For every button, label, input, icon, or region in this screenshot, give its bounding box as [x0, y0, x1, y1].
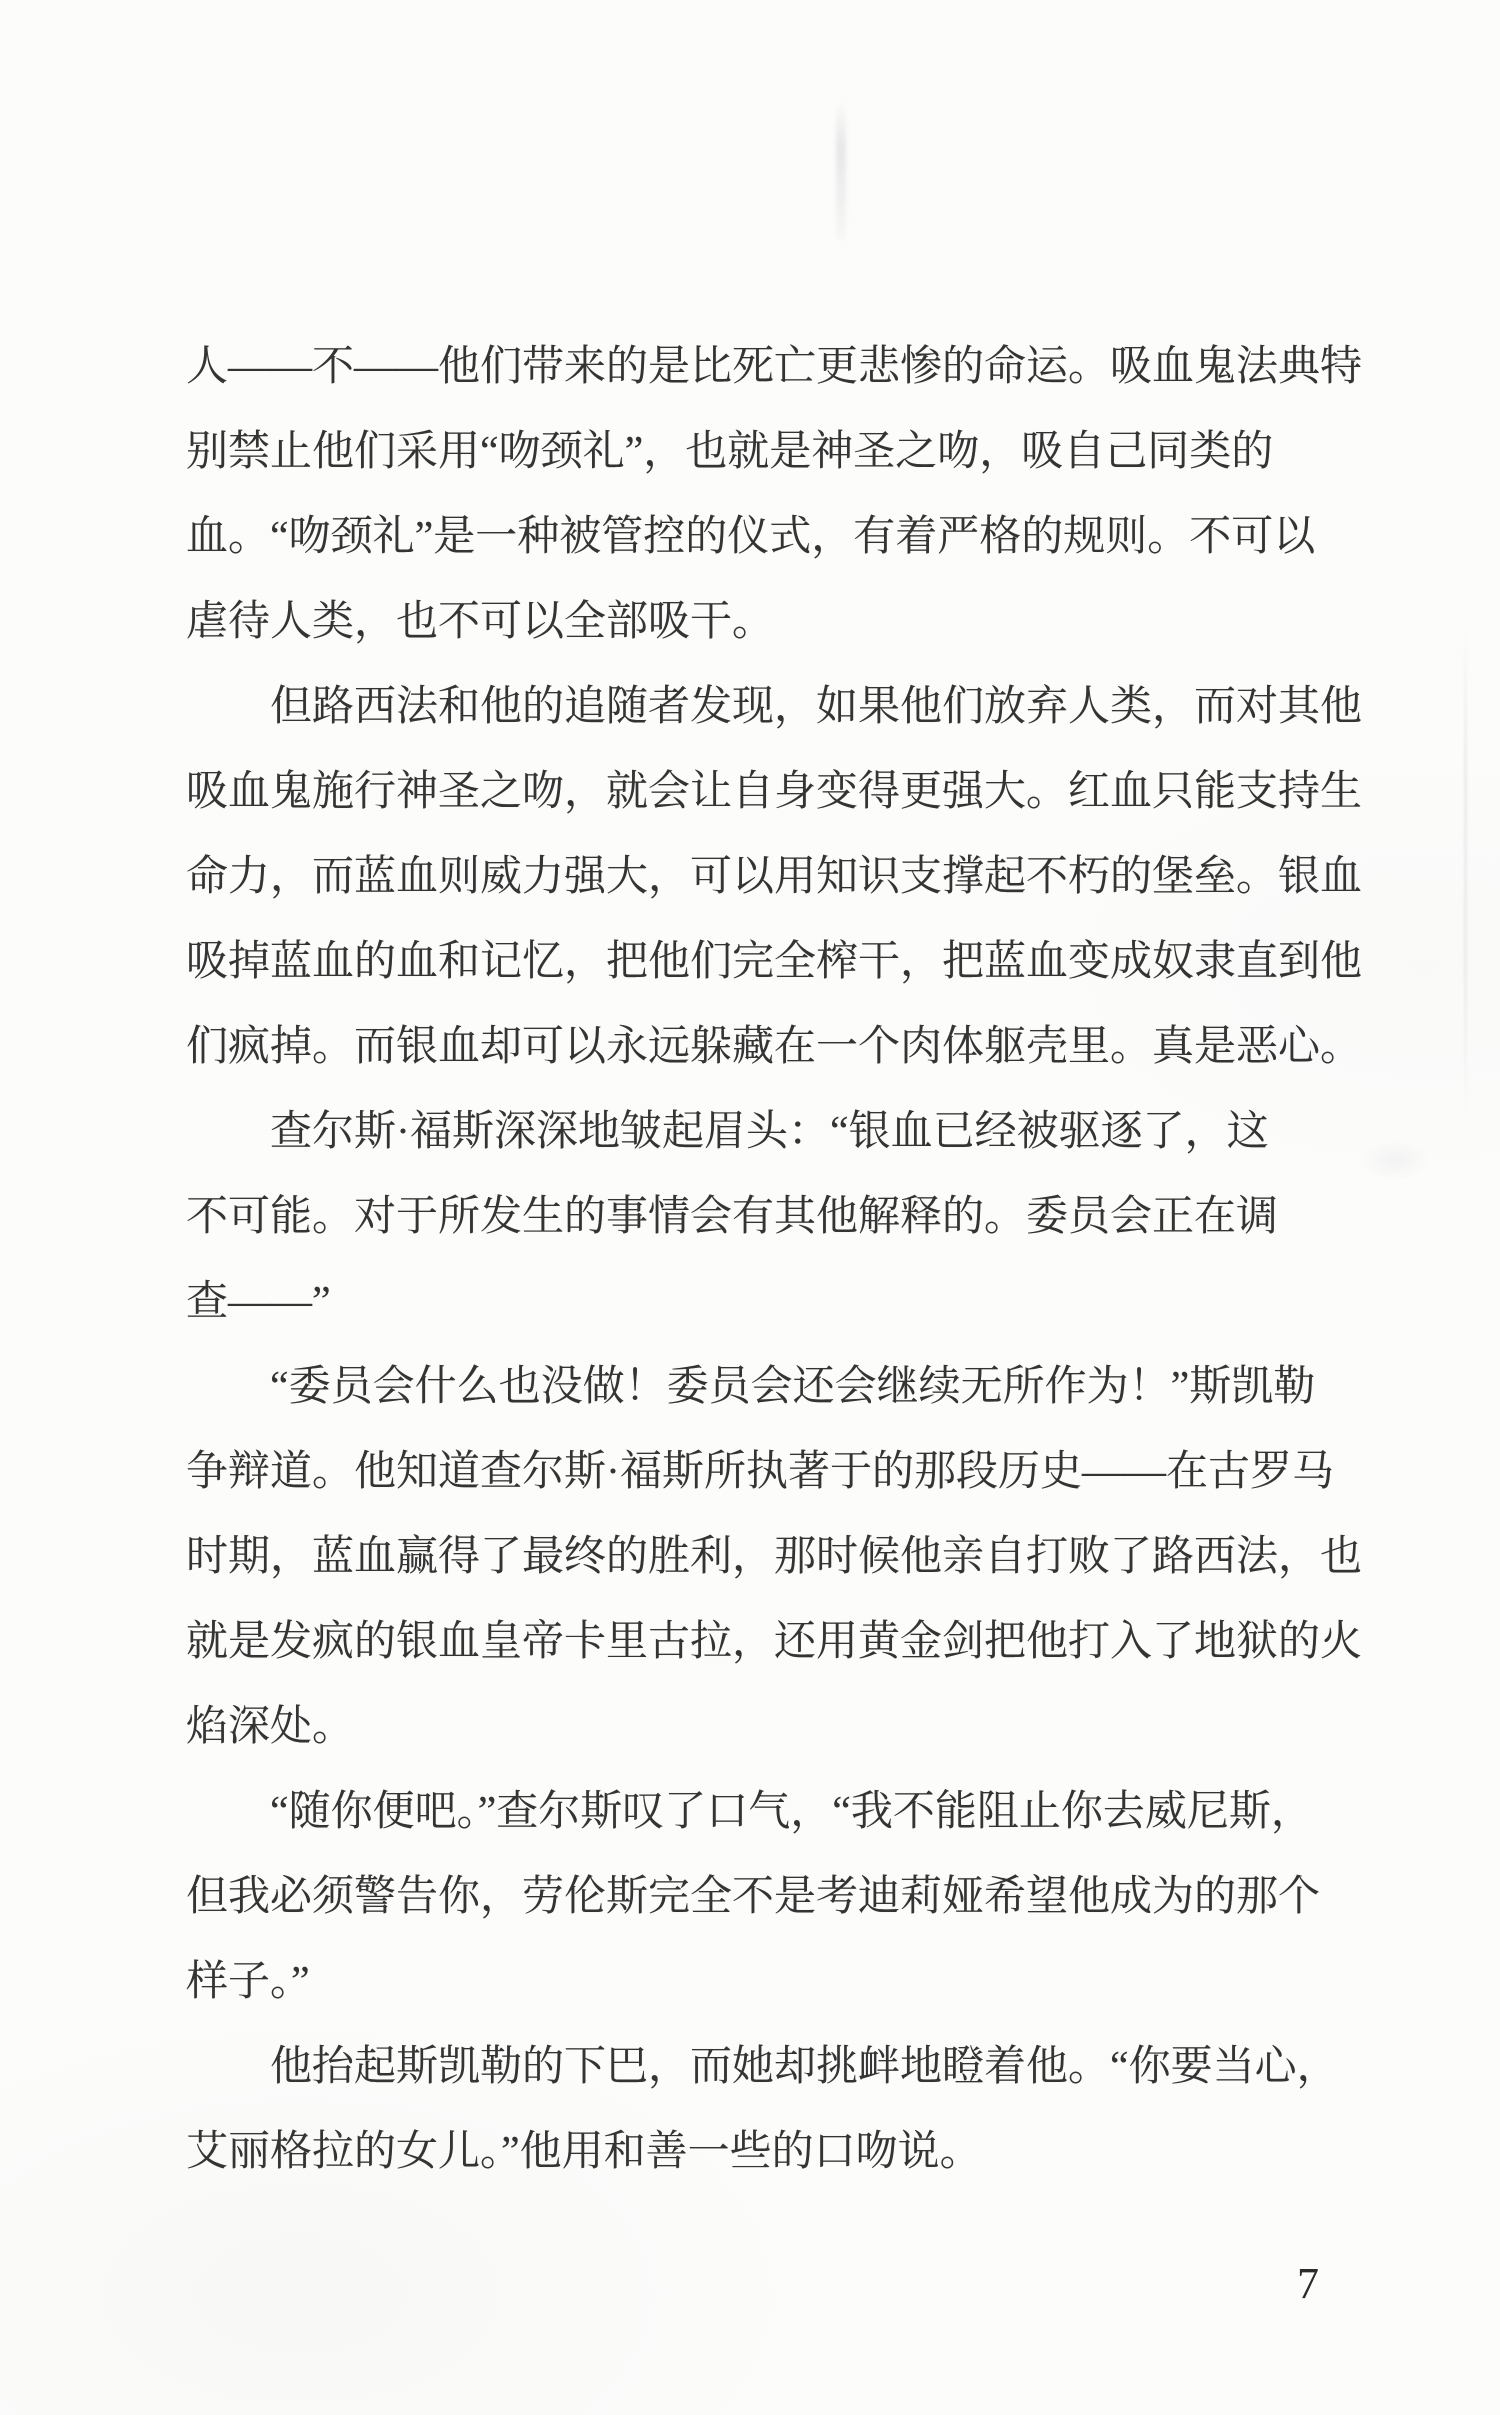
text-line: 样子。”	[186, 1940, 1336, 2025]
text-line: “随你便吧。”查尔斯叹了口气，“我不能阻止你去威尼斯，	[186, 1770, 1336, 1855]
scan-crease-right	[1464, 620, 1467, 1120]
text-line: 不可能。对于所发生的事情会有其他解释的。委员会正在调	[186, 1175, 1336, 1260]
text-line: 吸掉蓝血的血和记忆，把他们完全榨干，把蓝血变成奴隶直到他	[186, 920, 1336, 1005]
text-line: 命力，而蓝血则威力强大，可以用知识支撑起不朽的堡垒。银血	[186, 835, 1336, 920]
text-line: 查——”	[186, 1260, 1336, 1345]
scan-smudge	[1360, 1140, 1430, 1180]
text-line: 争辩道。他知道查尔斯·福斯所执著于的那段历史——在古罗马	[186, 1430, 1336, 1515]
body-text: 人——不——他们带来的是比死亡更悲惨的命运。吸血鬼法典特别禁止他们采用“吻颈礼”…	[186, 325, 1336, 2195]
text-line: 别禁止他们采用“吻颈礼”，也就是神圣之吻，吸自己同类的	[186, 410, 1336, 495]
text-line: 艾丽格拉的女儿。”他用和善一些的口吻说。	[186, 2110, 1336, 2195]
text-line: 但我必须警告你，劳伦斯完全不是考迪莉娅希望他成为的那个	[186, 1855, 1336, 1940]
scan-crease-icon	[836, 100, 846, 240]
page-number: 7	[1278, 2258, 1338, 2309]
text-line: 吸血鬼施行神圣之吻，就会让自身变得更强大。红血只能支持生	[186, 750, 1336, 835]
text-line: 们疯掉。而银血却可以永远躲藏在一个肉体躯壳里。真是恶心。	[186, 1005, 1336, 1090]
text-line: 就是发疯的银血皇帝卡里古拉，还用黄金剑把他打入了地狱的火	[186, 1600, 1336, 1685]
text-line: 人——不——他们带来的是比死亡更悲惨的命运。吸血鬼法典特	[186, 325, 1336, 410]
text-line: 查尔斯·福斯深深地皱起眉头：“银血已经被驱逐了，这	[186, 1090, 1336, 1175]
text-line: 他抬起斯凯勒的下巴，而她却挑衅地瞪着他。“你要当心，	[186, 2025, 1336, 2110]
text-line: 焰深处。	[186, 1685, 1336, 1770]
text-line: 虐待人类，也不可以全部吸干。	[186, 580, 1336, 665]
scanned-book-page: 人——不——他们带来的是比死亡更悲惨的命运。吸血鬼法典特别禁止他们采用“吻颈礼”…	[0, 0, 1500, 2415]
text-line: 时期，蓝血赢得了最终的胜利，那时候他亲自打败了路西法，也	[186, 1515, 1336, 1600]
text-line: 但路西法和他的追随者发现，如果他们放弃人类，而对其他	[186, 665, 1336, 750]
text-line: “委员会什么也没做！委员会还会继续无所作为！”斯凯勒	[186, 1345, 1336, 1430]
text-line: 血。“吻颈礼”是一种被管控的仪式，有着严格的规则。不可以	[186, 495, 1336, 580]
